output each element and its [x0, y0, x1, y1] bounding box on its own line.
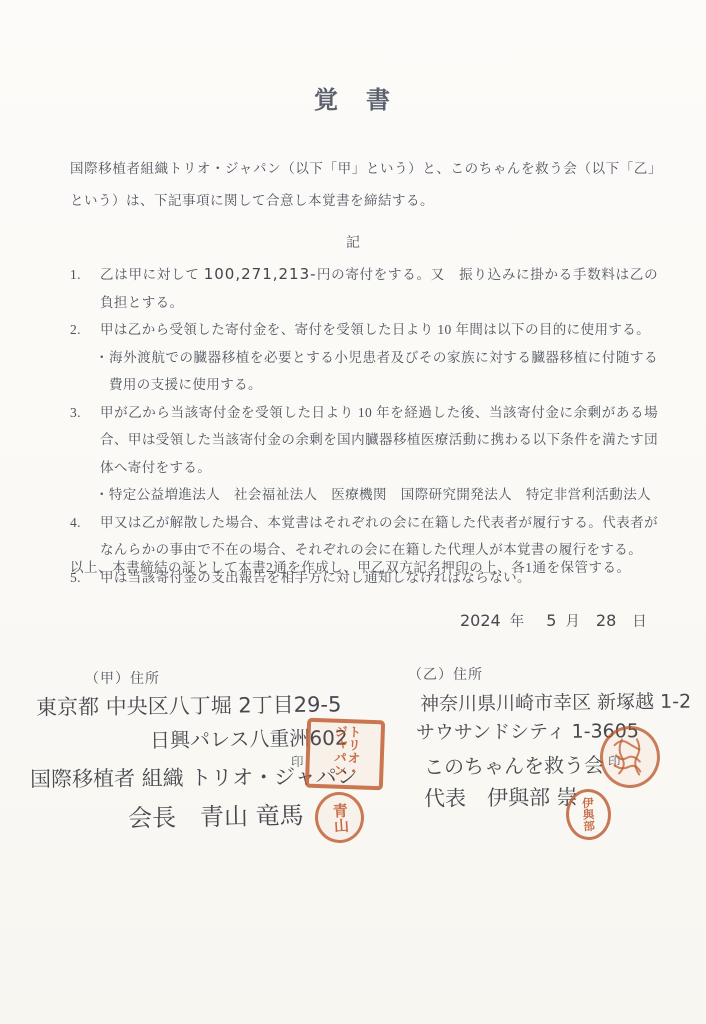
party-a-representative-signature: 会長 青山 竜馬 [128, 795, 304, 833]
date-year-handwritten: 2024 [460, 611, 501, 630]
execution-date: 2024 年 5 月 28 日 [460, 610, 647, 631]
clause-3-text: 甲が乙から当該寄付金を受領した日より 10 年を経過した後、当該寄付金に余剰があ… [100, 399, 658, 482]
clause-1: 1. 乙は甲に対して 100,271,213-円の寄付をする。又 振り込みに掛か… [70, 261, 658, 316]
clause-2: 2. 甲は乙から受領した寄付金を、寄付を受領した日より 10 年間は以下の目的に… [70, 316, 658, 344]
clause-2-number: 2. [70, 316, 100, 344]
document-title: 覚 書 [0, 80, 706, 115]
clause-2-text: 甲は乙から受領した寄付金を、寄付を受領した日より 10 年間は以下の目的に使用す… [100, 316, 658, 344]
date-month-label: 月 [565, 610, 580, 631]
party-b-personal-seal-text: 伊與部 [582, 797, 596, 832]
donation-amount-handwritten: 100,271,213- [204, 265, 317, 283]
clause-list: 1. 乙は甲に対して 100,271,213-円の寄付をする。又 振り込みに掛か… [70, 261, 658, 591]
party-a-address-label: （甲）住所 [85, 668, 160, 688]
clause-1-number: 1. [70, 261, 100, 316]
closing-statement: 以上、本書締結の証として本書2通を作成し、甲乙双方記名押印の上、各1通を保管する… [70, 556, 662, 576]
memorandum-scan-page: 覚 書 国際移植者組織トリオ・ジャパン（以下「甲」という）と、このちゃんを救う会… [0, 0, 706, 1024]
party-b-representative-signature: 代表 伊與部 崇 [424, 781, 578, 812]
clause-3-number: 3. [70, 399, 100, 482]
party-b-personal-seal: 伊與部 [565, 788, 613, 841]
date-month-handwritten: 5 [546, 611, 556, 630]
party-b-ornate-seal [598, 724, 661, 789]
clause-1-prefix: 乙は甲に対して [100, 267, 204, 282]
clause-3: 3. 甲が乙から当該寄付金を受領した日より 10 年を経過した後、当該寄付金に余… [70, 399, 658, 482]
clause-2-sub-bullet: ・海外渡航での臓器移植を必要とする小児患者及びその家族に対する臓器移植に付随する… [95, 344, 658, 399]
ornate-seal-engraving [605, 731, 656, 783]
party-a-organization-seal: トリオ・ジャパン [305, 718, 385, 791]
party-a-personal-seal-text: 青山 [331, 802, 349, 833]
section-heading-ki: 記 [0, 232, 706, 252]
party-a-organization-seal-text: トリオ・ジャパン [330, 725, 359, 784]
party-b-organization-handwritten: このちゃんを救う会 [424, 749, 604, 780]
party-b-address-label: （乙）住所 [408, 664, 483, 684]
intro-paragraph: 国際移植者組織トリオ・ジャパン（以下「甲」という）と、このちゃんを救う会（以下「… [70, 153, 662, 217]
party-a-personal-seal: 青山 [313, 790, 365, 844]
party-b-address-line1-handwritten: 神奈川県川崎市幸区 新塚越 1-2 [420, 687, 691, 717]
party-a-stamp-placeholder: 印 [291, 752, 304, 770]
clause-3-sub-bullet: ・特定公益増進法人 社会福祉法人 医療機関 国際研究開発法人 特定非営利活動法人 [95, 481, 658, 509]
clause-1-text: 乙は甲に対して 100,271,213-円の寄付をする。又 振り込みに掛かる手数… [100, 261, 658, 316]
date-day-handwritten: 28 [596, 611, 616, 630]
date-day-label: 日 [632, 610, 647, 631]
date-year-label: 年 [510, 610, 525, 631]
party-a-address-line1-handwritten: 東京都 中央区八丁堀 2丁目29-5 [36, 688, 342, 721]
